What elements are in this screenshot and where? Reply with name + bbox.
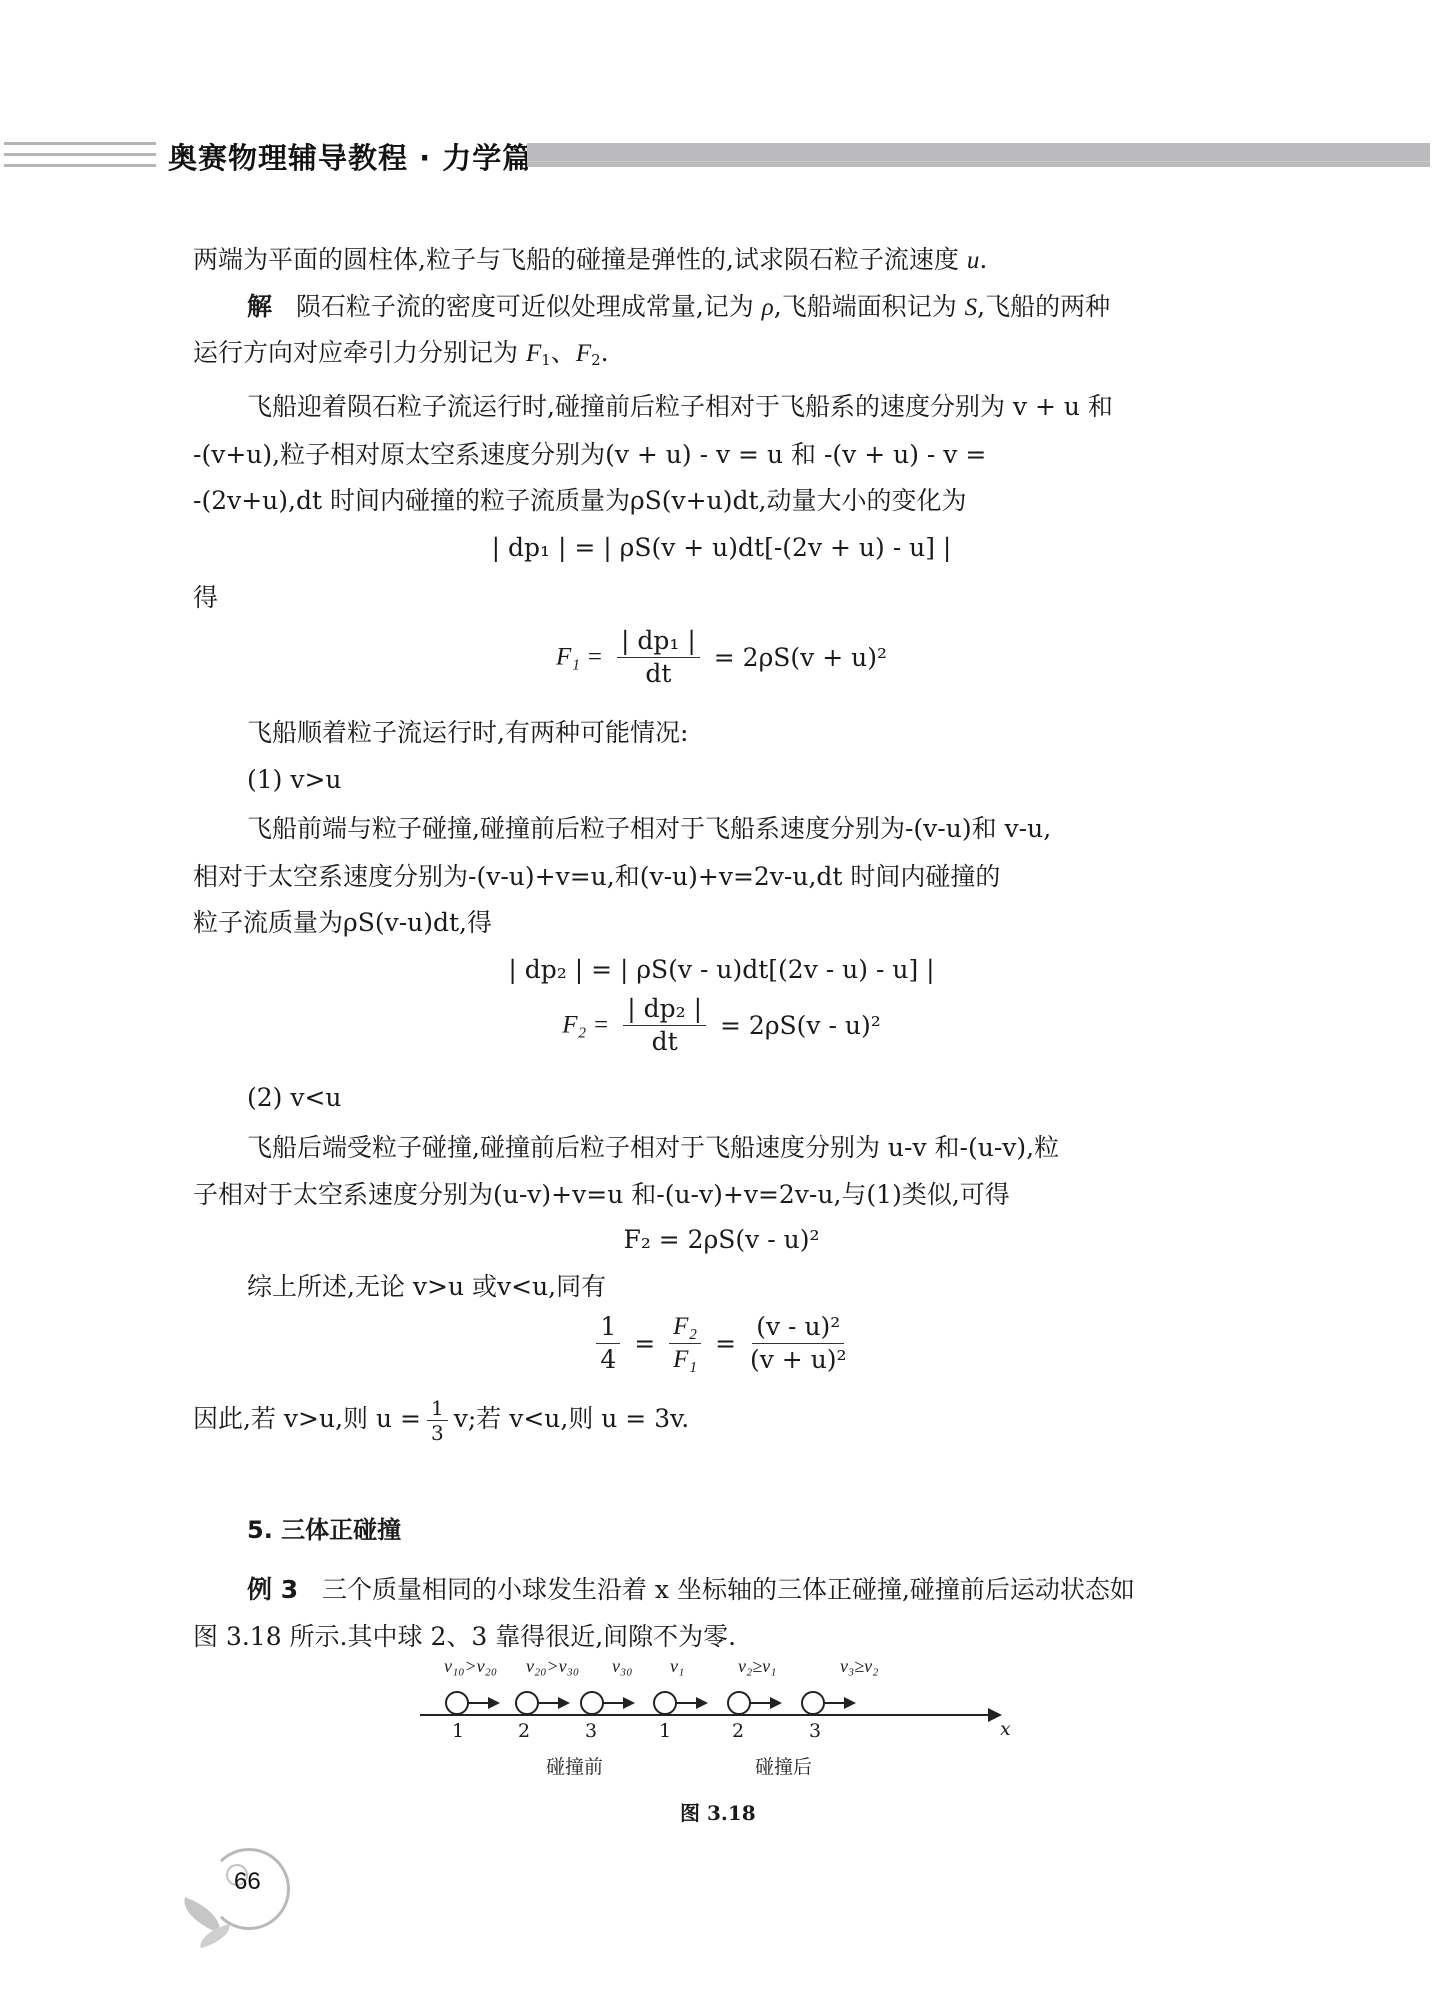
velocity-arrow-icon [750, 1702, 778, 1704]
ball-number: 2 [518, 1720, 530, 1742]
paragraph-conclusion: 因此,若 v>u,则 u =13v;若 v<u,则 u = 3v. [193, 1398, 689, 1443]
example-3-line1: 例 3 三个质量相同的小球发生沿着 x 坐标轴的三体正碰撞,碰撞前后运动状态如 [247, 1575, 1135, 1605]
ball-icon [727, 1691, 751, 1715]
ball-number: 3 [585, 1720, 597, 1742]
paragraph-problem-end: 两端为平面的圆柱体,粒子与飞船的碰撞是弹性的,试求陨石粒子流速度 u. [193, 245, 987, 276]
case-1-heading: (1) v>u [247, 765, 342, 795]
paragraph-solution-intro-cont: 运行方向对应牵引力分别记为 F1、F2. [193, 338, 609, 375]
ball-number: 1 [452, 1720, 464, 1742]
paragraph-case1-line1: 飞船前端与粒子碰撞,碰撞前后粒子相对于飞船系速度分别为-(v-u)和 v-u, [247, 814, 1051, 844]
velocity-label: v₂≥v₁ [738, 1656, 776, 1677]
ball-icon [801, 1691, 825, 1715]
equation-F2-case2: F₂ = 2ρS(v - u)² [0, 1225, 1443, 1255]
example-3-line2: 图 3.18 所示.其中球 2、3 靠得很近,间隙不为零. [193, 1622, 736, 1652]
ball-icon [580, 1691, 604, 1715]
group-label-before: 碰撞前 [546, 1752, 603, 1779]
velocity-arrow-icon [676, 1702, 704, 1704]
header-decoration-bar [527, 143, 1430, 167]
velocity-label: v₁₀>v₂₀ [444, 1656, 497, 1677]
velocity-arrow-icon [468, 1702, 496, 1704]
ball-icon [445, 1691, 469, 1715]
running-header-title: 奥赛物理辅导教程 · 力学篇 [168, 136, 532, 177]
equation-F2: F₂ = | dp₂ |dt = 2ρS(v - u)² [0, 995, 1443, 1056]
figure-3-18-collision-diagram: x v₁₀>v₂₀ v₂₀>v₃₀ v₃₀ v₁ v₂≥v₁ v₃≥v₂ 1 2… [400, 1650, 1020, 1790]
solution-label: 解 [247, 292, 272, 321]
velocity-label: v₃₀ [612, 1656, 633, 1677]
page-number-ornament: 66 [180, 1838, 300, 1948]
paragraph-head-on-line1: 飞船迎着陨石粒子流运行时,碰撞前后粒子相对于飞船系的速度分别为 v + u 和 [247, 392, 1113, 422]
equation-F1: F₁ = | dp₁ |dt = 2ρS(v + u)² [0, 627, 1443, 688]
ball-icon [515, 1691, 539, 1715]
x-axis-line [420, 1714, 990, 1716]
text-de: 得 [193, 583, 218, 613]
paragraph-case2-line2: 子相对于太空系速度分别为(u-v)+v=u 和-(u-v)+v=2v-u,与(1… [193, 1180, 1010, 1210]
paragraph-solution-intro: 解 陨石粒子流的密度可近似处理成常量,记为 ρ,飞船端面积记为 S,飞船的两种 [247, 292, 1110, 323]
example-label: 例 3 [247, 1575, 298, 1604]
paragraph-case2-line1: 飞船后端受粒子碰撞,碰撞前后粒子相对于飞船速度分别为 u-v 和-(u-v),粒 [247, 1133, 1059, 1163]
ball-number: 3 [809, 1720, 821, 1742]
group-label-after: 碰撞后 [755, 1752, 812, 1779]
equation-dp1: | dp₁ | = | ρS(v + u)dt[-(2v + u) - u] | [0, 533, 1443, 563]
paragraph-case1-line3: 粒子流质量为ρS(v-u)dt,得 [193, 908, 492, 938]
paragraph-case1-line2: 相对于太空系速度分别为-(v-u)+v=u,和(v-u)+v=2v-u,dt 时… [193, 862, 1000, 892]
x-axis-label: x [1000, 1718, 1011, 1740]
figure-caption: 图 3.18 [680, 1797, 756, 1826]
velocity-label: v₃≥v₂ [840, 1656, 878, 1677]
velocity-label: v₁ [670, 1656, 684, 1677]
velocity-arrow-icon [603, 1702, 631, 1704]
paragraph-head-on-line3: -(2v+u),dt 时间内碰撞的粒子流质量为ρS(v+u)dt,动量大小的变化… [193, 486, 966, 516]
paragraph-same-direction: 飞船顺着粒子流运行时,有两种可能情况: [247, 718, 688, 748]
ball-icon [653, 1691, 677, 1715]
page-number: 66 [234, 1868, 261, 1896]
velocity-arrow-icon [538, 1702, 566, 1704]
paragraph-summary: 综上所述,无论 v>u 或v<u,同有 [247, 1272, 606, 1302]
velocity-arrow-icon [824, 1702, 852, 1704]
section-title: 5. 三体正碰撞 [247, 1510, 401, 1545]
paragraph-head-on-line2: -(v+u),粒子相对原太空系速度分别为(v + u) - v = u 和 -(… [193, 440, 986, 470]
case-2-heading: (2) v<u [247, 1083, 342, 1113]
equation-ratio: 14 = F₂F₁ = (v - u)²(v + u)² [0, 1313, 1443, 1374]
velocity-label: v₂₀>v₃₀ [526, 1656, 579, 1677]
ball-number: 1 [659, 1720, 671, 1742]
ball-number: 2 [732, 1720, 744, 1742]
header-decoration-lines [4, 142, 156, 175]
equation-dp2: | dp₂ | = | ρS(v - u)dt[(2v - u) - u] | [0, 955, 1443, 985]
